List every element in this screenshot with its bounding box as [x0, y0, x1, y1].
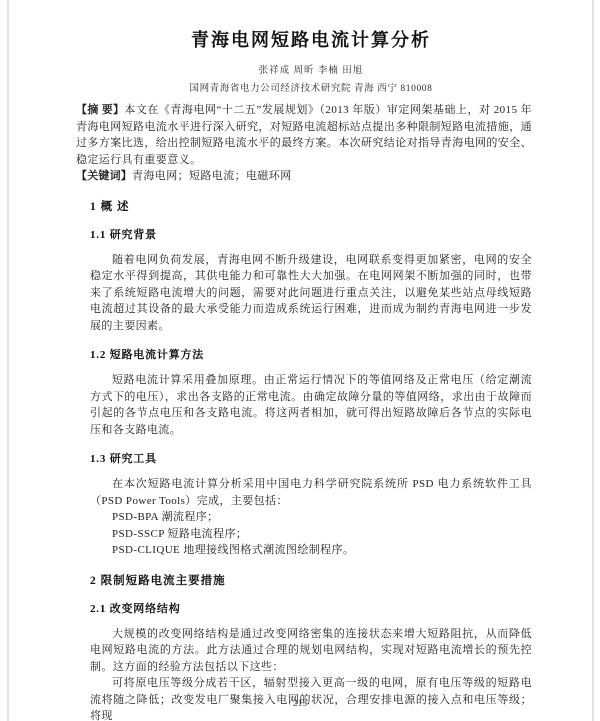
- keywords-line: 【关键词】青海电网；短路电流；电磁环网: [76, 168, 532, 185]
- paragraph: 大规模的改变网络结构是通过改变网络密集的连接状态来增大短路阻抗，从而降低电网短路…: [90, 626, 532, 676]
- paper-title: 青海电网短路电流计算分析: [90, 26, 532, 52]
- keywords-label: 【关键词】: [76, 170, 132, 182]
- subsection-heading-2-1: 2.1 改变网络结构: [90, 600, 532, 616]
- paragraph: 短路电流计算采用叠加原理。由正常运行情况下的等值网络及正常电压（给定潮流方式下的…: [90, 372, 532, 438]
- tool-list-item: PSD-BPA 潮流程序；: [90, 509, 532, 526]
- tool-list-item: PSD-CLIQUE 地理接线图格式潮流图绘制程序。: [90, 542, 532, 559]
- keywords-text: 青海电网；短路电流；电磁环网: [132, 170, 292, 182]
- subsection-heading-1-2: 1.2 短路电流计算方法: [90, 346, 532, 362]
- paragraph: 在本次短路电流计算分析采用中国电力科学研究院系统所 PSD 电力系统软件工具（P…: [90, 476, 532, 509]
- abstract-text: 本文在《青海电网“十二五”发展规划》（2013 年版）审定网架基础上，对 201…: [76, 104, 532, 166]
- affiliation-line: 国网青海省电力公司经济技术研究院 青海 西宁 810008: [90, 80, 532, 94]
- document-page: 青海电网短路电流计算分析 张祥成 周昕 李楠 田旭 国网青海省电力公司经济技术研…: [0, 0, 600, 721]
- page-number: 213: [0, 699, 600, 709]
- paragraph: 随着电网负荷发展，青海电网不断升级建设，电网联系变得更加紧密，电网的安全稳定水平…: [90, 252, 532, 335]
- tool-list-item: PSD-SSCP 短路电流程序；: [90, 526, 532, 543]
- paragraph: 可将原电压等级分成若干区，辐射型接入更高一级的电网，原有电压等级的短路电流将随之…: [90, 675, 532, 721]
- abstract-paragraph: 【摘 要】本文在《青海电网“十二五”发展规划》（2013 年版）审定网架基础上，…: [76, 102, 532, 168]
- section-heading-1: 1 概 述: [90, 198, 532, 214]
- section-heading-2: 2 限制短路电流主要措施: [90, 572, 532, 588]
- subsection-heading-1-1: 1.1 研究背景: [90, 226, 532, 242]
- authors-line: 张祥成 周昕 李楠 田旭: [90, 62, 532, 76]
- subsection-heading-1-3: 1.3 研究工具: [90, 450, 532, 466]
- abstract-label: 【摘 要】: [76, 104, 124, 116]
